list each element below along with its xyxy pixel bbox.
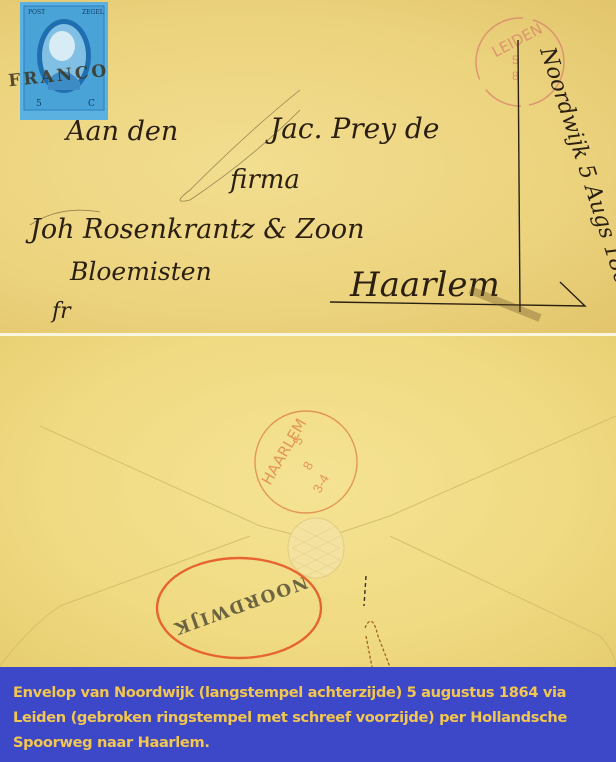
caption-line-1: Envelop van Noordwijk (langstempel achte… — [13, 680, 604, 705]
address-line-1: Aan den — [63, 116, 178, 147]
franco-handwritten-note: fr — [50, 299, 72, 324]
vertical-note-text: Noordwijk 5 Augs 1864 — [534, 43, 616, 302]
address-line-3: firma — [228, 165, 300, 195]
envelope-back: HAARLEM 5 8 3-4 NOORDWIJK — [0, 336, 616, 667]
haarlem-postmark-town: HAARLEM — [258, 415, 310, 488]
address-line-2: Jac. Prey de — [265, 112, 439, 145]
caption-line-3: Spoorweg naar Haarlem. — [13, 730, 604, 755]
stamp-zegel-label: ZEGEL — [82, 9, 104, 16]
haarlem-postmark-month: 8 — [300, 459, 317, 473]
postage-stamp: POST ZEGEL 5 C — [20, 2, 108, 120]
address-line-4: Joh Rosenkrantz & Zoon — [25, 214, 365, 245]
haarlem-postmark-time: 3-4 — [310, 472, 332, 496]
address-line-5: Bloemisten — [69, 257, 212, 286]
envelope-front-drawing: POST ZEGEL 5 C FRANCO LEIDEN 5 8 Aan den… — [0, 0, 616, 333]
stamp-post-label: POST — [28, 9, 45, 16]
noordwijk-line-stamp: NOORDWIJK — [170, 571, 310, 638]
haarlem-postmark: HAARLEM 5 8 3-4 — [255, 411, 357, 513]
stamp-value-left: 5 — [36, 99, 42, 109]
caption-panel: Envelop van Noordwijk (langstempel achte… — [0, 667, 616, 762]
caption-line-2: Leiden (gebroken ringstempel met schreef… — [13, 705, 604, 730]
pencil-mark — [365, 621, 390, 667]
stamp-value-right: C — [88, 99, 95, 109]
envelope-front: POST ZEGEL 5 C FRANCO LEIDEN 5 8 Aan den… — [0, 0, 616, 333]
handwritten-address: Aan den Jac. Prey de firma Joh Rosenkran… — [25, 90, 500, 324]
envelope-back-drawing: HAARLEM 5 8 3-4 NOORDWIJK — [0, 336, 616, 667]
address-line-6: Haarlem — [349, 265, 500, 305]
